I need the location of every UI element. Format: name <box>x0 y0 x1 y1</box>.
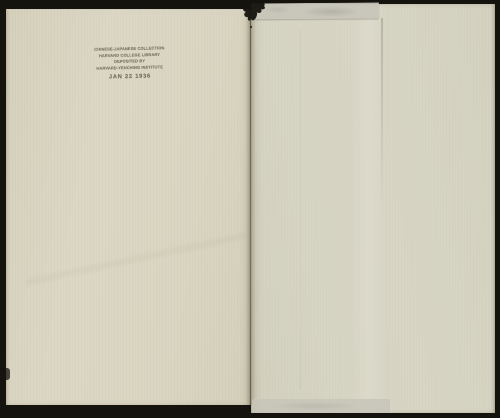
book-scan: CHINESE-JAPANESE COLLECTION HARVARD COLL… <box>0 0 500 418</box>
gutter-crease-line <box>250 20 251 405</box>
ink-blotch <box>240 0 270 32</box>
stamp-date: JAN 22 1936 <box>94 72 166 81</box>
stamp-line-institute: HARVARD-YENCHING INSTITUTE <box>94 64 166 72</box>
left-page-crease <box>26 129 246 389</box>
left-edge-notch <box>6 368 10 380</box>
right-page-crease-faint <box>300 30 301 390</box>
library-stamp: CHINESE-JAPANESE COLLECTION HARVARD COLL… <box>93 45 166 115</box>
library-stamp-text: CHINESE-JAPANESE COLLECTION HARVARD COLL… <box>93 45 166 81</box>
tape-strip-bottom <box>252 399 390 413</box>
tape-strip-top <box>252 3 379 20</box>
right-page-crease-top <box>381 18 383 218</box>
